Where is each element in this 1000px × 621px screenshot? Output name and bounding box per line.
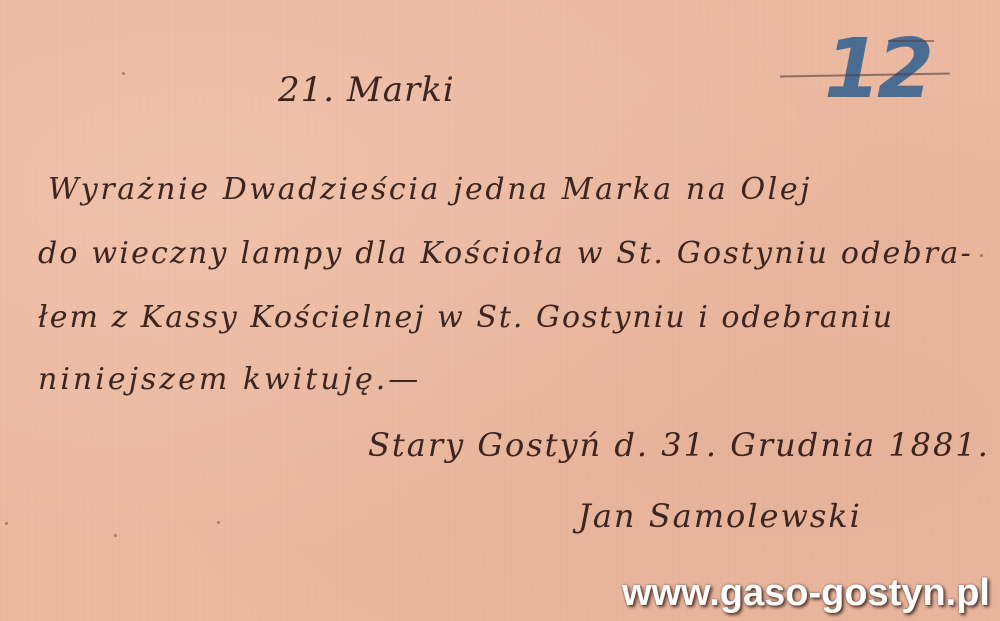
folio-strike-line	[888, 40, 934, 42]
folio-number-mark: 12	[780, 22, 960, 122]
paper-speck	[5, 522, 8, 525]
body-line: Wyrażnie Dwadzieścia jedna Marka na Olej	[48, 172, 812, 207]
website-watermark: www.gaso-gostyn.pl	[622, 572, 990, 615]
paper-speck	[114, 534, 117, 537]
paper-speck	[980, 254, 983, 257]
place-date: Stary Gostyń d. 31. Grudnia 1881.	[368, 426, 990, 464]
body-line: niniejszem kwituję.—	[38, 362, 421, 397]
body-line: do wieczny lampy dla Kościoła w St. Gost…	[38, 236, 973, 271]
paper-speck	[217, 521, 220, 524]
receipt-amount-heading: 21. Marki	[278, 70, 455, 110]
folio-number: 12	[824, 22, 930, 117]
paper-speck	[122, 72, 125, 75]
body-line: łem z Kassy Kościelnej w St. Gostyniu i …	[38, 300, 894, 335]
signature: Jan Samolewski	[578, 497, 862, 535]
